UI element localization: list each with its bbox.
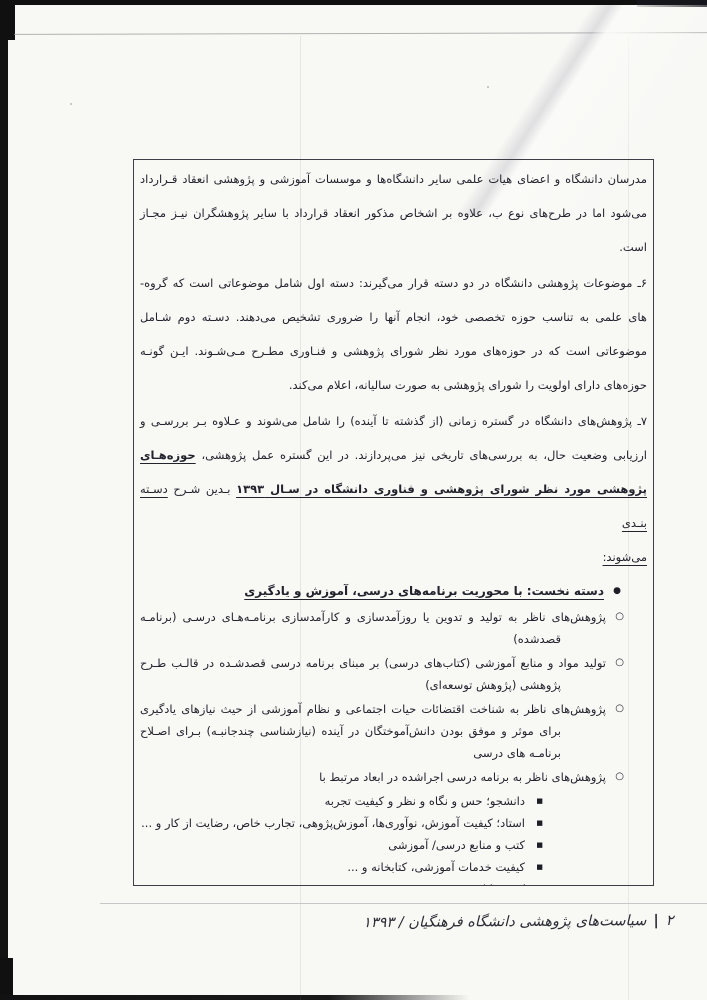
list-item-text: کیفیت کارورزی (452, 882, 525, 886)
list-item-text: کتب و منابع درسی/ آموزشی (388, 838, 525, 852)
text-run-bold-underline: حوزه‌هـای (140, 448, 196, 462)
scan-speck (487, 86, 489, 88)
square-bullet-icon: ■ (536, 812, 543, 834)
text-line: حوزه‌های دارای اولویت را شورای پژوهشی به… (140, 368, 647, 402)
list-item-educational-materials: ○تولید مواد و منابع آموزشی (کتاب‌های درس… (140, 652, 647, 696)
text-run: بـدین شـرح (168, 482, 236, 496)
list-item-text: تولید مواد و منابع آموزشی (کتاب‌های درسی… (140, 656, 606, 692)
circle-bullet-icon: ○ (615, 698, 624, 720)
main-text-box: مدرسان دانشگاه و اعضای هیات علمی سایر دا… (133, 159, 654, 886)
list-item-text: دانشجو؛ حس و نگاه و نظر و کیفیت تجربه (325, 794, 525, 808)
scan-edge-bottom (0, 995, 470, 1000)
list-item-needs-analysis: ○پژوهش‌های ناظر به شناخت اقتضائات حیات ا… (140, 698, 647, 764)
page-number: ۲ (666, 913, 674, 929)
text-line: موضوعاتی است که در حوزه‌های مورد نظر شور… (140, 334, 647, 368)
circle-bullet-icon: ○ (615, 652, 624, 674)
list-item-text: پژوهش‌های ناظر به برنامه درسی اجراشده در… (319, 770, 606, 784)
circle-bullet-icon: ○ (615, 766, 624, 788)
text-line: می‌شوند: (603, 540, 647, 574)
text-line: ۶ـ موضوعات پژوهشی دانشگاه در دو دسته قرا… (140, 266, 647, 300)
text-line: می‌شود اما در طرح‌های نوع ب، علاوه بر اش… (140, 196, 647, 230)
sub-list: ■دانشجو؛ حس و نگاه و نظر و کیفیت تجربه ■… (140, 790, 647, 886)
sub-list-item-student: ■دانشجو؛ حس و نگاه و نظر و کیفیت تجربه (140, 790, 647, 812)
sub-list-item-professor: ■استاد؛ کیفیت آموزش، نوآوری‌ها، آموزش‌پژ… (140, 812, 647, 834)
paragraph-item-6: ۶ـ موضوعات پژوهشی دانشگاه در دو دسته قرا… (140, 266, 647, 402)
scan-edge-left (0, 0, 8, 960)
footer-title: سیاست‌های پژوهشی دانشگاه فرهنگیان / ۱۳۹۳ (363, 913, 647, 931)
text-line: های علمی به تناسب حوزه تخصصی خود، انجام … (140, 300, 647, 334)
list-heading-text: دسته نخست: با محوریت برنامه‌های درسی، آم… (244, 584, 604, 598)
sub-list-item-textbooks: ■کتب و منابع درسی/ آموزشی (140, 834, 647, 856)
footer-divider (100, 903, 707, 904)
scanned-page: مدرسان دانشگاه و اعضای هیات علمی سایر دا… (0, 0, 707, 1000)
page-footer: ۲|سیاست‌های پژوهشی دانشگاه فرهنگیان / ۱۳… (363, 906, 674, 938)
list-item-text: پژوهش‌های ناظر به تولید و تدوین یا روزآم… (140, 610, 606, 646)
text-run: ارزیابی وضعیت حال، به بررسی‌های تاریخی ن… (196, 448, 647, 462)
text-line: ۷ـ پژوهش‌های دانشگاه در گستره زمانی (از … (140, 404, 647, 438)
circle-bullet-icon: ○ (615, 606, 624, 628)
text-line: ارزیابی وضعیت حال، به بررسی‌های تاریخی ن… (140, 438, 647, 472)
scan-corner-bottom-left (0, 958, 13, 1000)
paragraph-item-7: ۷ـ پژوهش‌های دانشگاه در گستره زمانی (از … (140, 404, 647, 574)
disc-bullet-icon: ● (613, 578, 621, 604)
square-bullet-icon: ■ (536, 856, 543, 878)
list-item-implemented-curriculum: ○پژوهش‌های ناظر به برنامه درسی اجراشده د… (140, 766, 647, 788)
sub-list-item-services: ■کیفیت خدمات آموزشی، کتابخانه و ... (140, 856, 647, 878)
square-bullet-icon: ■ (536, 878, 543, 886)
square-bullet-icon: ■ (536, 834, 543, 856)
text-line: است. (140, 230, 647, 264)
text-line: مدرسان دانشگاه و اعضای هیات علمی سایر دا… (140, 162, 647, 196)
list-heading-first-group: ● دسته نخست: با محوریت برنامه‌های درسی، … (140, 578, 647, 604)
text-run-bold-underline: پژوهشی مورد نظر شورای پژوهشی و فناوری دا… (236, 482, 647, 496)
square-bullet-icon: ■ (536, 790, 543, 812)
text-line: پژوهشی مورد نظر شورای پژوهشی و فناوری دا… (140, 472, 647, 540)
paragraph-contract-continuation: مدرسان دانشگاه و اعضای هیات علمی سایر دا… (140, 162, 647, 264)
scan-corner-top-left (0, 0, 15, 40)
footer-separator: | (654, 913, 659, 929)
list-item-text: استاد؛ کیفیت آموزش، نوآوری‌ها، آموزش‌پژو… (141, 816, 525, 830)
sub-list-item-internship: ■کیفیت کارورزی (140, 878, 647, 886)
list-item-text: کیفیت خدمات آموزشی، کتابخانه و ... (347, 860, 525, 874)
scan-speck (70, 103, 72, 105)
list-item-text: پژوهش‌های ناظر به شناخت اقتضائات حیات اج… (140, 702, 606, 760)
list-item-curriculum-production: ○پژوهش‌های ناظر به تولید و تدوین یا روزآ… (140, 606, 647, 650)
